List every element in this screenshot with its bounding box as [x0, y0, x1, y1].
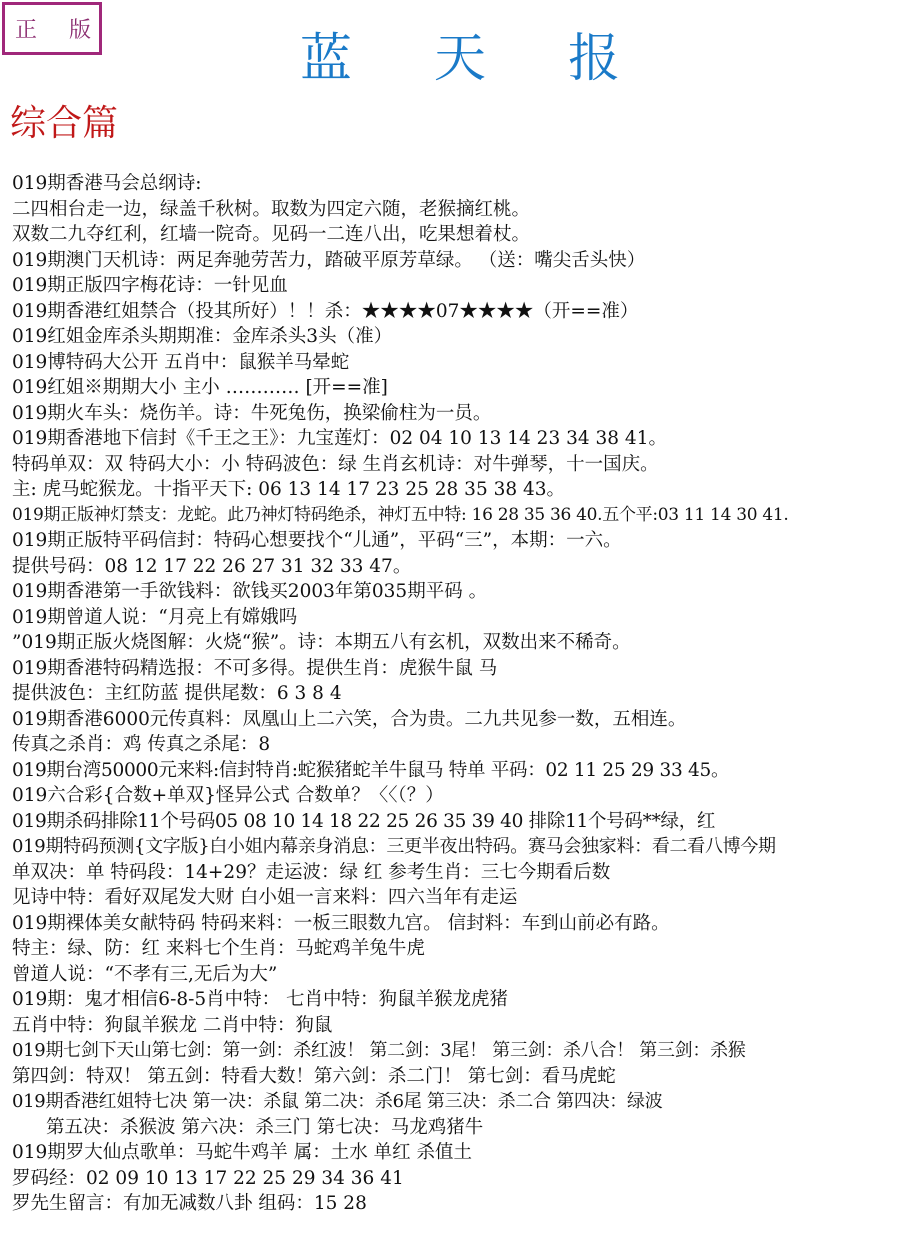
text-line: 见诗中特：看好双尾发大财 白小姐一言来料：四六当年有走运 [12, 885, 898, 911]
text-line: 019六合彩{合数+单双}怪异公式 合数单？〈〈（？） [12, 783, 898, 809]
text-line: 019期香港6000元传真料：凤凰山上二六笑，合为贵。二九共见参一数，五相连。 [12, 707, 898, 733]
badge-char-1: 正 [15, 13, 37, 44]
article-body: 019期香港马会总纲诗: 二四相台走一边，绿盖千秋树。取数为四定六随，老猴摘红桃… [12, 171, 898, 1217]
text-line: 019期罗大仙点歌单：马蛇牛鸡羊 属：土水 单红 杀值土 [12, 1140, 898, 1166]
text-line: 019期香港红姐特七决 第一决：杀鼠 第二决：杀6尾 第三决：杀二合 第四决：绿… [12, 1089, 898, 1115]
text-line: 罗码经：02 09 10 13 17 22 25 29 34 36 41 [12, 1166, 898, 1192]
text-line: 019期裸体美女献特码 特码来料：一板三眼数九宫。 信封料：车到山前必有路。 [12, 911, 898, 937]
newspaper-title: 蓝 天 报 [300, 18, 620, 88]
text-line: 传真之杀肖：鸡 传真之杀尾：8 [12, 732, 898, 758]
text-line: 019期特码预测{文字版}白小姐内幕亲身消息：三更半夜出特码。赛马会独家料：看二… [12, 834, 898, 860]
text-line: 019期香港红姐禁合（投其所好）！！杀：★★★★07★★★★（开==准） [12, 299, 898, 325]
title-char-3: 报 [568, 16, 620, 91]
text-line: 019期香港第一手欲钱料：欲钱买2003年第035期平码 。 [12, 579, 898, 605]
official-version-badge: 正 版 [2, 2, 102, 55]
text-line: 019期曾道人说：“月亮上有嫦娥吗 [12, 605, 898, 631]
text-line: 019红姐※期期大小 主小 ………… [开==准] [12, 375, 898, 401]
text-line: 曾道人说：“不孝有三,无后为大” [12, 962, 898, 988]
section-heading: 综合篇 [10, 95, 118, 146]
text-line: 单双决：单 特码段：14+29？走运波：绿 红 参考生肖：三七今期看后数 [12, 860, 898, 886]
text-line: 019期香港特码精选报：不可多得。提供生肖：虎猴牛鼠 马 [12, 656, 898, 682]
text-line: 019期杀码排除11个号码05 08 10 14 18 22 25 26 35 … [12, 809, 898, 835]
text-line: 019博特码大公开 五肖中：鼠猴羊马晕蛇 [12, 350, 898, 376]
text-line: 第五决：杀猴波 第六决：杀三门 第七决：马龙鸡猪牛 [12, 1115, 898, 1141]
text-line: 特码单双：双 特码大小：小 特码波色：绿 生肖玄机诗：对牛弹琴，十一国庆。 [12, 452, 898, 478]
text-line: 双数二九夺红利，红墙一院奇。见码一二连八出，吃果想着杖。 [12, 222, 898, 248]
title-char-2: 天 [434, 16, 486, 91]
text-line: 019期香港地下信封《千王之王》：九宝莲灯：02 04 10 13 14 23 … [12, 426, 898, 452]
text-line: 019期火车头：烧伤羊。诗：牛死兔伤，换梁偷柱为一员。 [12, 401, 898, 427]
text-line: 主: 虎马蛇猴龙。十指平天下: 06 13 14 17 23 25 28 35 … [12, 477, 898, 503]
text-line: 019期澳门天机诗：两足奔驰劳苦力，踏破平原芳草绿。 （送：嘴尖舌头快） [12, 248, 898, 274]
text-line: 019期正版特平码信封：特码心想要找个“儿通”，平码“三”，本期：一六。 [12, 528, 898, 554]
text-line: 019红姐金库杀头期期准：金库杀头3头（准） [12, 324, 898, 350]
text-line: 019期：鬼才相信6-8-5肖中特： 七肖中特：狗鼠羊猴龙虎猪 [12, 987, 898, 1013]
title-char-1: 蓝 [300, 16, 352, 91]
text-line: ”019期正版火烧图解：火烧“猴”。诗：本期五八有玄机，双数出来不稀奇。 [12, 630, 898, 656]
text-line: 019期正版四字梅花诗：一针见血 [12, 273, 898, 299]
text-line: 第四剑：特双！ 第五剑：特看大数！第六剑：杀二门！ 第七剑：看马虎蛇 [12, 1064, 898, 1090]
text-line: 罗先生留言：有加无减数八卦 组码：15 28 [12, 1191, 898, 1217]
text-line: 提供波色：主红防蓝 提供尾数：6 3 8 4 [12, 681, 898, 707]
text-line: 特主：绿、防：红 来料七个生肖：马蛇鸡羊兔牛虎 [12, 936, 898, 962]
text-line: 二四相台走一边，绿盖千秋树。取数为四定六随，老猴摘红桃。 [12, 197, 898, 223]
text-line: 019期七剑下天山第七剑：第一剑：杀红波！ 第二剑：3尾！ 第三剑：杀八合！ 第… [12, 1038, 898, 1064]
text-line: 019期正版神灯禁支：龙蛇。此乃神灯特码绝杀，神灯五中特: 16 28 35 3… [12, 503, 898, 529]
badge-char-2: 版 [69, 13, 91, 44]
text-line: 019期香港马会总纲诗: [12, 171, 898, 197]
text-line: 五肖中特：狗鼠羊猴龙 二肖中特：狗鼠 [12, 1013, 898, 1039]
text-line: 019期台湾50000元来料:信封特肖:蛇猴猪蛇羊牛鼠马 特单 平码：02 11… [12, 758, 898, 784]
text-line: 提供号码：08 12 17 22 26 27 31 32 33 47。 [12, 554, 898, 580]
